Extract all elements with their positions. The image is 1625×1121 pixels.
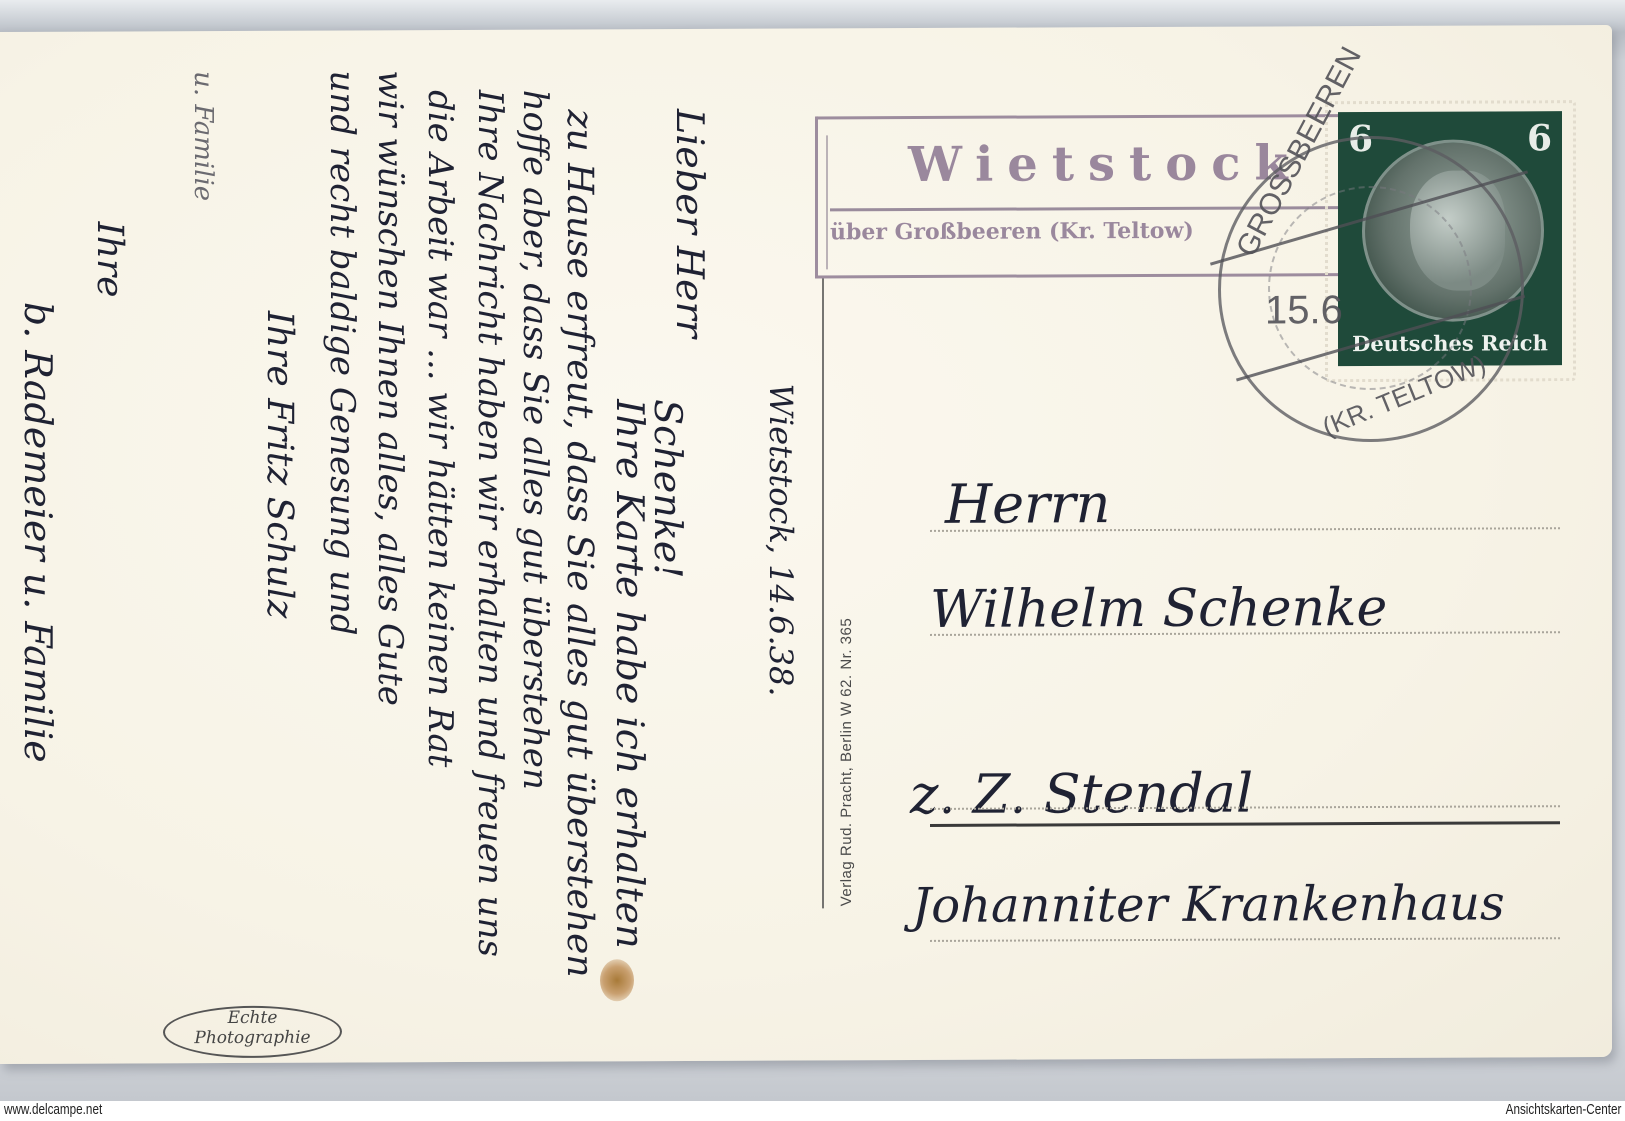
postmark-subline: über Großbeeren (Kr. Teltow) [830, 218, 1194, 246]
message-line: Schenke! [646, 399, 690, 579]
center-divider-line [822, 278, 824, 908]
message-signature: Ihre Fritz Schulz [259, 311, 300, 619]
message-line: zu Hause erfreut, dass Sie alles gut übe… [559, 109, 600, 977]
photo-mark-line1: Echte [165, 1008, 340, 1029]
foxing-stain [600, 959, 634, 1001]
message-line: hoffe aber, dass Sie alles gut überstehe… [515, 90, 555, 790]
address-salutation: Herrn [945, 472, 1110, 536]
message-line: Ihre [89, 221, 130, 297]
address-city: z. Z. Stendal [910, 762, 1253, 826]
address-line-4 [930, 937, 1560, 942]
message-line: u. Familie [188, 71, 218, 201]
message-date: Wietstock, 14.6.38. [762, 384, 800, 697]
address-name: Wilhelm Schenke [930, 578, 1387, 640]
message-line: Ihre Karte habe ich erhalten [608, 399, 652, 949]
postmark-town: Wietstock [908, 135, 1302, 193]
message-line: die Arbeit war ... wir hätten keinen Rat [420, 90, 460, 767]
photo-mark-line2: Photographie [165, 1028, 340, 1049]
watermark-left: www.delcampe.net [4, 1101, 102, 1118]
watermark-right: Ansichtskarten-Center [1505, 1101, 1621, 1118]
stamp-value-right: 6 [1527, 117, 1552, 159]
message-line: wir wünschen Ihnen alles, alles Gute [370, 70, 410, 706]
message-line: und recht baldige Genesung und [322, 70, 362, 635]
message-signature: b. Rademeier u. Familie [16, 302, 60, 763]
address-institution: Johanniter Krankenhaus [912, 875, 1505, 934]
message-greeting: Lieber Herr [668, 109, 712, 338]
postmark-border-line [826, 135, 828, 269]
message-line: Ihre Nachricht haben wir erhalten und fr… [470, 90, 510, 957]
publisher-imprint: Verlag Rud. Pracht, Berlin W 62. Nr. 365 [838, 618, 855, 907]
cancellation-date: 15.6 [1265, 288, 1343, 333]
photo-mark: Echte Photographie [163, 1006, 342, 1059]
postcard: Lieber Herr Schenke! Ihre Karte habe ich… [0, 25, 1612, 1064]
